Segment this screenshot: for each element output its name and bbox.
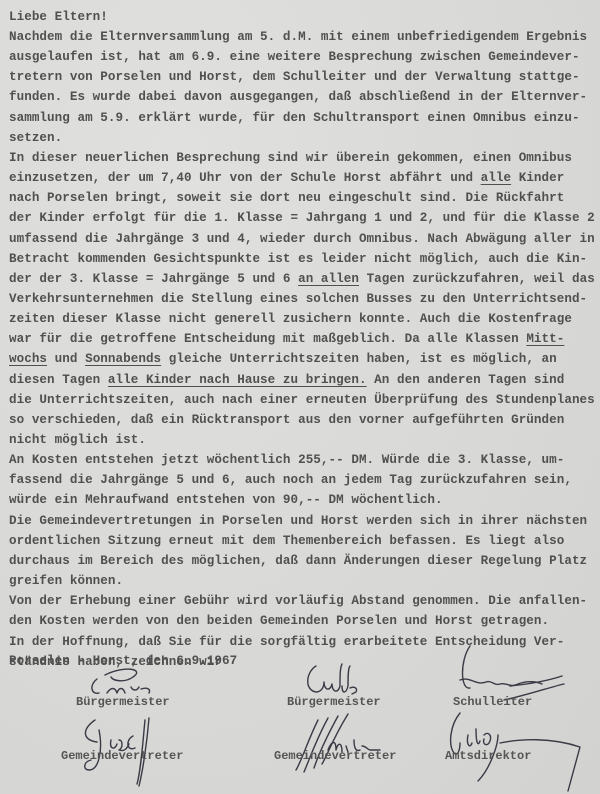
letter-line: setzen. [9, 128, 62, 148]
role-buergermeister-1: Bürgermeister [76, 695, 170, 709]
letter-line: An Kosten entstehen jetzt wöchentlich 25… [9, 450, 564, 470]
letter-line: Nachdem die Elternversammlung am 5. d.M.… [9, 27, 587, 47]
letter-line: Betracht kommenden Gesichtspunkte ist es… [9, 249, 587, 269]
letter-line: ausgelaufen ist, hat am 6.9. eine weiter… [9, 47, 580, 67]
role-gemeindevertreter-2: Gemeindevertreter [274, 749, 396, 763]
underlined-phrase: an allen [298, 272, 359, 286]
letter-line: Die Gemeindevertretungen in Porselen und… [9, 511, 587, 531]
letter-line: den Kosten werden von den beiden Gemeind… [9, 611, 549, 631]
letter-line: einzusetzen, der um 7,40 Uhr von der Sch… [9, 168, 564, 188]
letter-line: fassend die Jahrgänge 5 und 6, auch noch… [9, 470, 572, 490]
role-schulleiter: Schulleiter [453, 695, 532, 709]
signature-gemeindevertreter-2 [288, 710, 398, 785]
letter-line: In dieser neuerlichen Besprechung sind w… [9, 148, 572, 168]
letter-line: nach Porselen bringt, soweit sie dort ne… [9, 188, 564, 208]
letter-line: zeiten dieser Klasse nicht generell zusi… [9, 309, 572, 329]
letter-line: Verkehrsunternehmen die Stellung eines s… [9, 289, 587, 309]
letter-line: wochs und Sonnabends gleiche Unterrichts… [9, 349, 557, 369]
letter-line: die Unterrichtszeiten, auch nach einer e… [9, 390, 595, 410]
letter-line: greifen können. [9, 571, 123, 591]
letter-line: funden. Es wurde dabei davon ausgegangen… [9, 87, 587, 107]
letter-line: diesen Tagen alle Kinder nach Hause zu b… [9, 370, 564, 390]
role-gemeindevertreter-1: Gemeindevertreter [61, 749, 183, 763]
salutation: Liebe Eltern! [9, 7, 108, 27]
letter-line: tretern von Porselen und Horst, dem Schu… [9, 67, 580, 87]
role-buergermeister-2: Bürgermeister [287, 695, 381, 709]
letter-line: so verschieden, daß ein Rücktransport au… [9, 410, 564, 430]
underlined-phrase: Mitt- [526, 332, 564, 346]
letter-line: der Kinder erfolgt für die 1. Klasse = J… [9, 208, 595, 228]
letter-line: nicht möglich ist. [9, 430, 146, 450]
role-amtsdirektor: Amtsdirektor [445, 749, 531, 763]
letter-line: sammlung am 5.9. erklärt wurde, für den … [9, 108, 580, 128]
letter-line: der der 3. Klasse = Jahrgänge 5 und 6 an… [9, 269, 595, 289]
letter-line: ordentlichen Sitzung erneut mit dem Them… [9, 531, 564, 551]
letter-line: war für die getroffene Entscheidung mit … [9, 329, 564, 349]
underlined-phrase: alle [481, 171, 511, 185]
typewritten-letter: Liebe Eltern! Nachdem die Elternversamml… [0, 0, 600, 794]
letter-line: umfassend die Jahrgänge 3 und 4, wieder … [9, 229, 595, 249]
underlined-phrase: wochs [9, 352, 47, 366]
underlined-phrase: alle Kinder nach Hause zu bringen. [108, 373, 367, 387]
letter-line: Von der Erhebung einer Gebühr wird vorlä… [9, 591, 587, 611]
letter-line: durchaus im Bereich des möglichen, daß d… [9, 551, 587, 571]
underlined-phrase: Sonnabends [85, 352, 161, 366]
letter-line: würde ein Mehraufwand entstehen von 90,-… [9, 490, 443, 510]
